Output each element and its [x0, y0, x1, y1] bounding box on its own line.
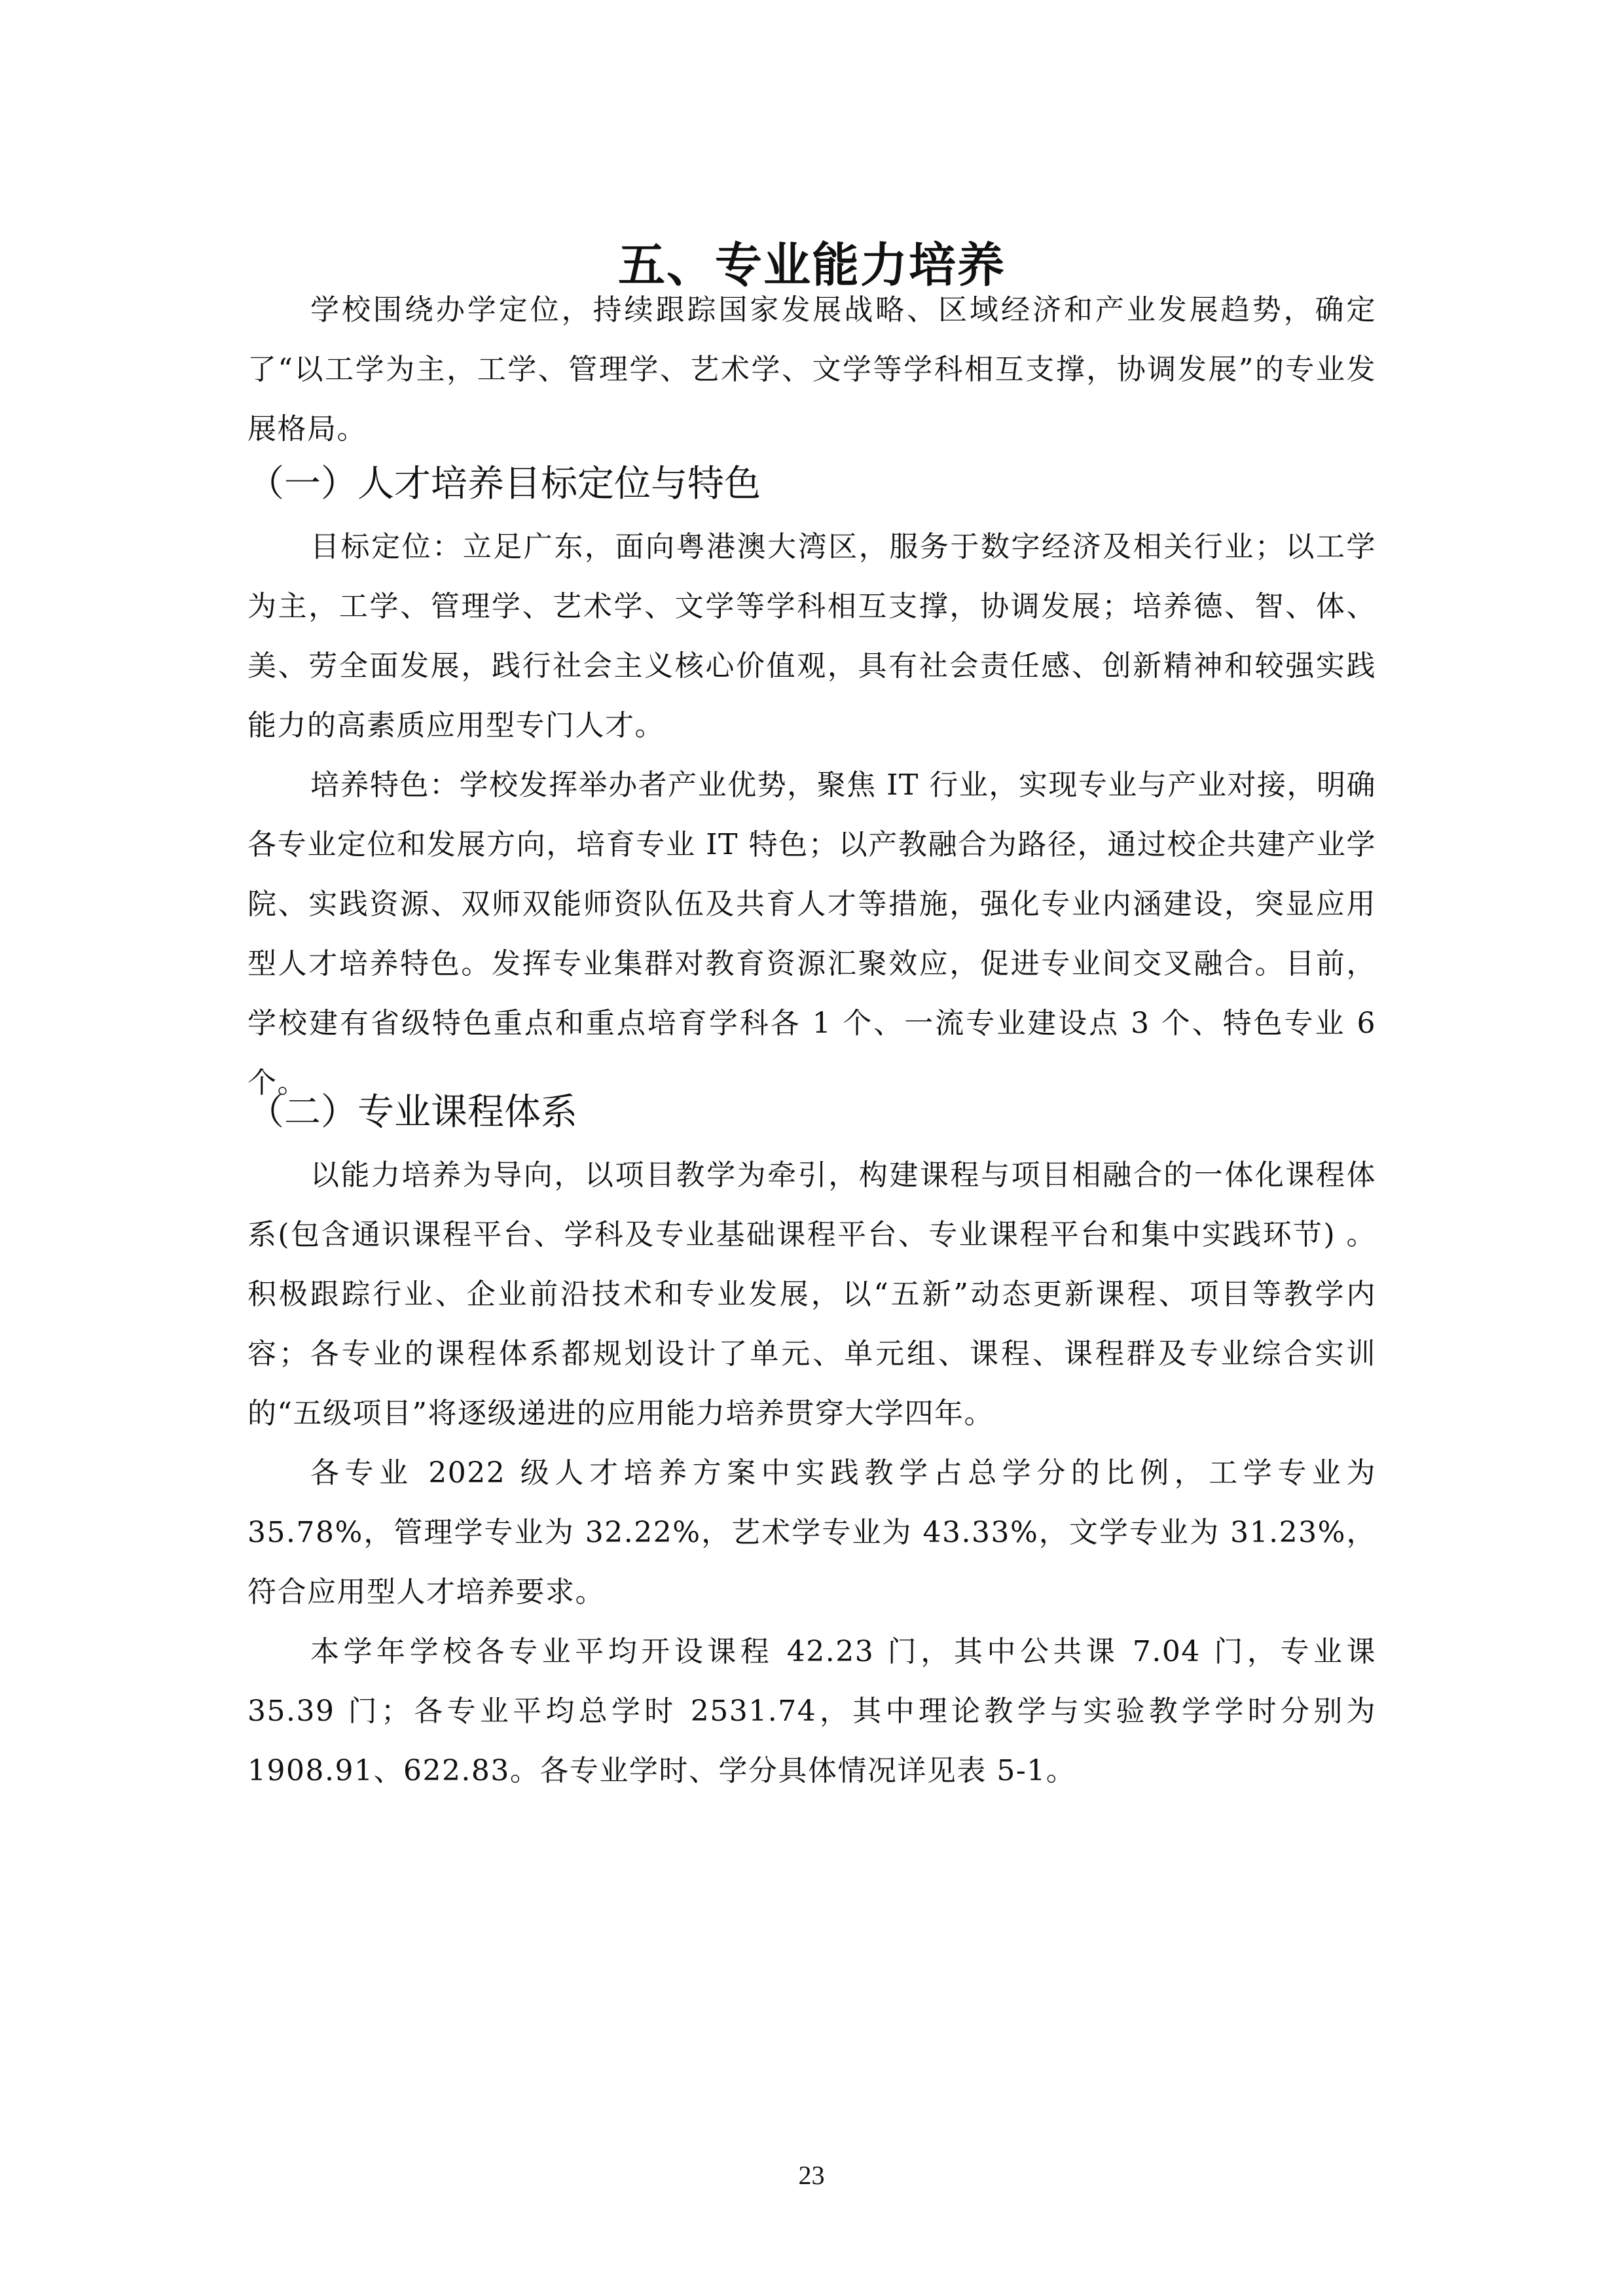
section-heading-1: （一）人才培养目标定位与特色	[247, 458, 761, 511]
paragraph-practice-ratio: 各专业 2022 级人才培养方案中实践教学占总学分的比例，工学专业为35.78%…	[247, 1443, 1376, 1622]
paragraph-curriculum-system: 以能力培养为导向，以项目教学为牵引，构建课程与项目相融合的一体化课程体系(包含通…	[247, 1145, 1376, 1443]
intro-paragraph: 学校围绕办学定位，持续跟踪国家发展战略、区域经济和产业发展趋势，确定了“以工学为…	[247, 280, 1376, 459]
paragraph-training-features: 培养特色：学校发挥举办者产业优势，聚焦 IT 行业，实现专业与产业对接，明确各专…	[247, 755, 1376, 1113]
paragraph-course-hours: 本学年学校各专业平均开设课程 42.23 门，其中公共课 7.04 门，专业课 …	[247, 1622, 1376, 1801]
page-number: 23	[0, 2160, 1623, 2191]
section-heading-2: （二）专业课程体系	[247, 1086, 577, 1139]
paragraph-target-positioning: 目标定位：立足广东，面向粤港澳大湾区，服务于数字经济及相关行业；以工学为主，工学…	[247, 517, 1376, 755]
